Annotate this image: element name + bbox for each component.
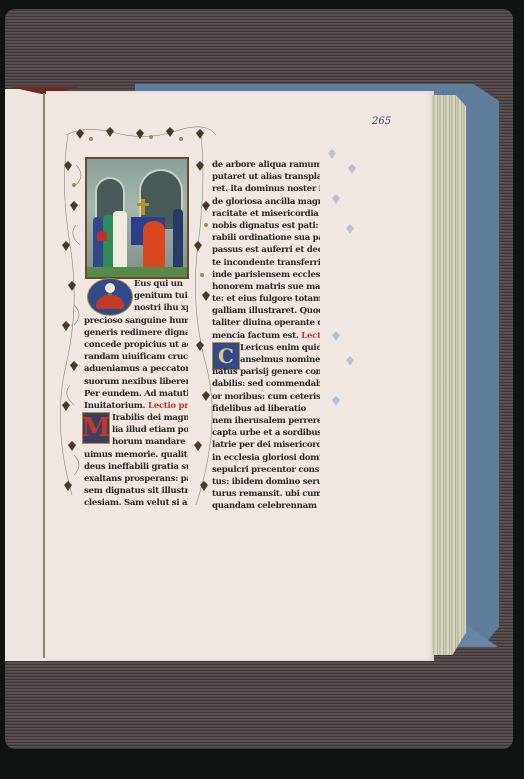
text-line: deus ineffabili gratia sua xyxy=(84,461,188,473)
facing-page-edge xyxy=(5,89,48,661)
text-line: te incondente transferri. ut ec xyxy=(212,257,320,269)
text-line: randam uiuificam crucem xyxy=(84,351,188,363)
text-column-right: de arbore aliqua ramum am putaret ut ali… xyxy=(212,159,320,512)
text-line: uimus memorie. qualiter xyxy=(84,449,188,461)
text-line: inde parisiensem ecclesiam ad xyxy=(212,269,320,281)
text-line: fidelibus ad liberatio xyxy=(212,403,320,415)
folio-number: 265 xyxy=(372,116,391,127)
text-line: or moribus: cum ceteris xpi xyxy=(212,391,320,403)
text-line: in ecclesia gloriosi dominici xyxy=(212,452,320,464)
text-line: taliter diuina operante de xyxy=(212,317,320,329)
floor xyxy=(87,267,187,277)
text-column-left: Eus qui un genitum tui dni nostri ihu xp… xyxy=(84,278,188,510)
text-line: rabili ordinatione sua parti xyxy=(212,232,320,244)
text-line: suorum nexibus liberemur. xyxy=(84,376,188,388)
text-line: galliam illustraret. Quod xyxy=(212,305,320,317)
faint-show-through-vine xyxy=(318,148,368,258)
text-line: sem dignatus sit illustrare ec xyxy=(84,485,188,497)
text-line: anselmus nomine xyxy=(212,354,320,366)
text-line: de arbore aliqua ramum am xyxy=(212,159,320,171)
text-line: putaret ut alias transplanta xyxy=(212,171,320,183)
text-line: lia illud etiam post xyxy=(84,424,188,436)
figure-bishop xyxy=(113,211,127,273)
text-line: Lericus enim quida xyxy=(212,342,320,354)
text-line: dabilis: sed commendabili xyxy=(212,378,320,390)
rubric-line: Inuitatorium. Lectio prima xyxy=(84,400,188,412)
rubric-heading: Lectio ii. xyxy=(301,331,320,341)
text-line: tus: ibidem domino seru xyxy=(212,476,320,488)
figure-attendant xyxy=(173,209,183,269)
text-line: honorem matris sue madia xyxy=(212,281,320,293)
text-line: exaltans prosperans: parisien xyxy=(84,473,188,485)
text-line: latrie per dei misericordiam liberata xyxy=(212,439,320,451)
figure-bishop xyxy=(93,217,103,273)
faint-show-through-vine xyxy=(322,330,362,440)
text-line: horum mandare cura xyxy=(84,436,188,448)
text-line: Irabilis dei magna xyxy=(84,412,188,424)
cross-icon xyxy=(141,199,145,215)
text-line: turus remansit. ubi cum xyxy=(212,488,320,500)
text-line: adueniamus a peccatorum xyxy=(84,363,188,375)
text-line: generis redimere dignatus es xyxy=(84,327,188,339)
text-line: natus parisij genere commen xyxy=(212,366,320,378)
text-line: ret. ita dominus noster ihus xps xyxy=(212,183,320,195)
figure-red-robed-bishop xyxy=(143,221,165,273)
text-line: Eus qui un xyxy=(84,278,188,290)
text-line: nem iherusalem perreret. qui xyxy=(212,415,320,427)
gutter-stitching xyxy=(43,93,45,658)
rubric-line: mencia factum est. Lectio ii. xyxy=(212,330,320,342)
page-edges-stack xyxy=(432,95,466,655)
miniature-painting xyxy=(85,157,189,279)
text-line: precioso sanguine humani xyxy=(84,315,188,327)
text-line: genitum tui dni xyxy=(84,290,188,302)
text-line: clesiam. Sam velut si aliqs xyxy=(84,497,188,509)
text-line: nostri ihu xpi xyxy=(84,302,188,314)
text-line: racitate et misericordia pro xyxy=(212,208,320,220)
text-line: passus est auferri et deonen xyxy=(212,244,320,256)
text-line: de gloriosa ancilla magna ipse ue xyxy=(212,196,320,208)
text-line: capta urbe et a sordibus ido xyxy=(212,427,320,439)
rubric-heading: Lectio prima xyxy=(148,401,188,411)
text-line: concede propicius ut ad ado xyxy=(84,339,188,351)
text-line: sepulcri precentor constitu xyxy=(212,464,320,476)
text-line: Per eundem. Ad matutinas xyxy=(84,388,188,400)
text-line: nobis dignatus est pati: mi xyxy=(212,220,320,232)
text-line: te: et eius fulgore totam xyxy=(212,293,320,305)
text-line: quandam celebrennam xyxy=(212,500,320,512)
